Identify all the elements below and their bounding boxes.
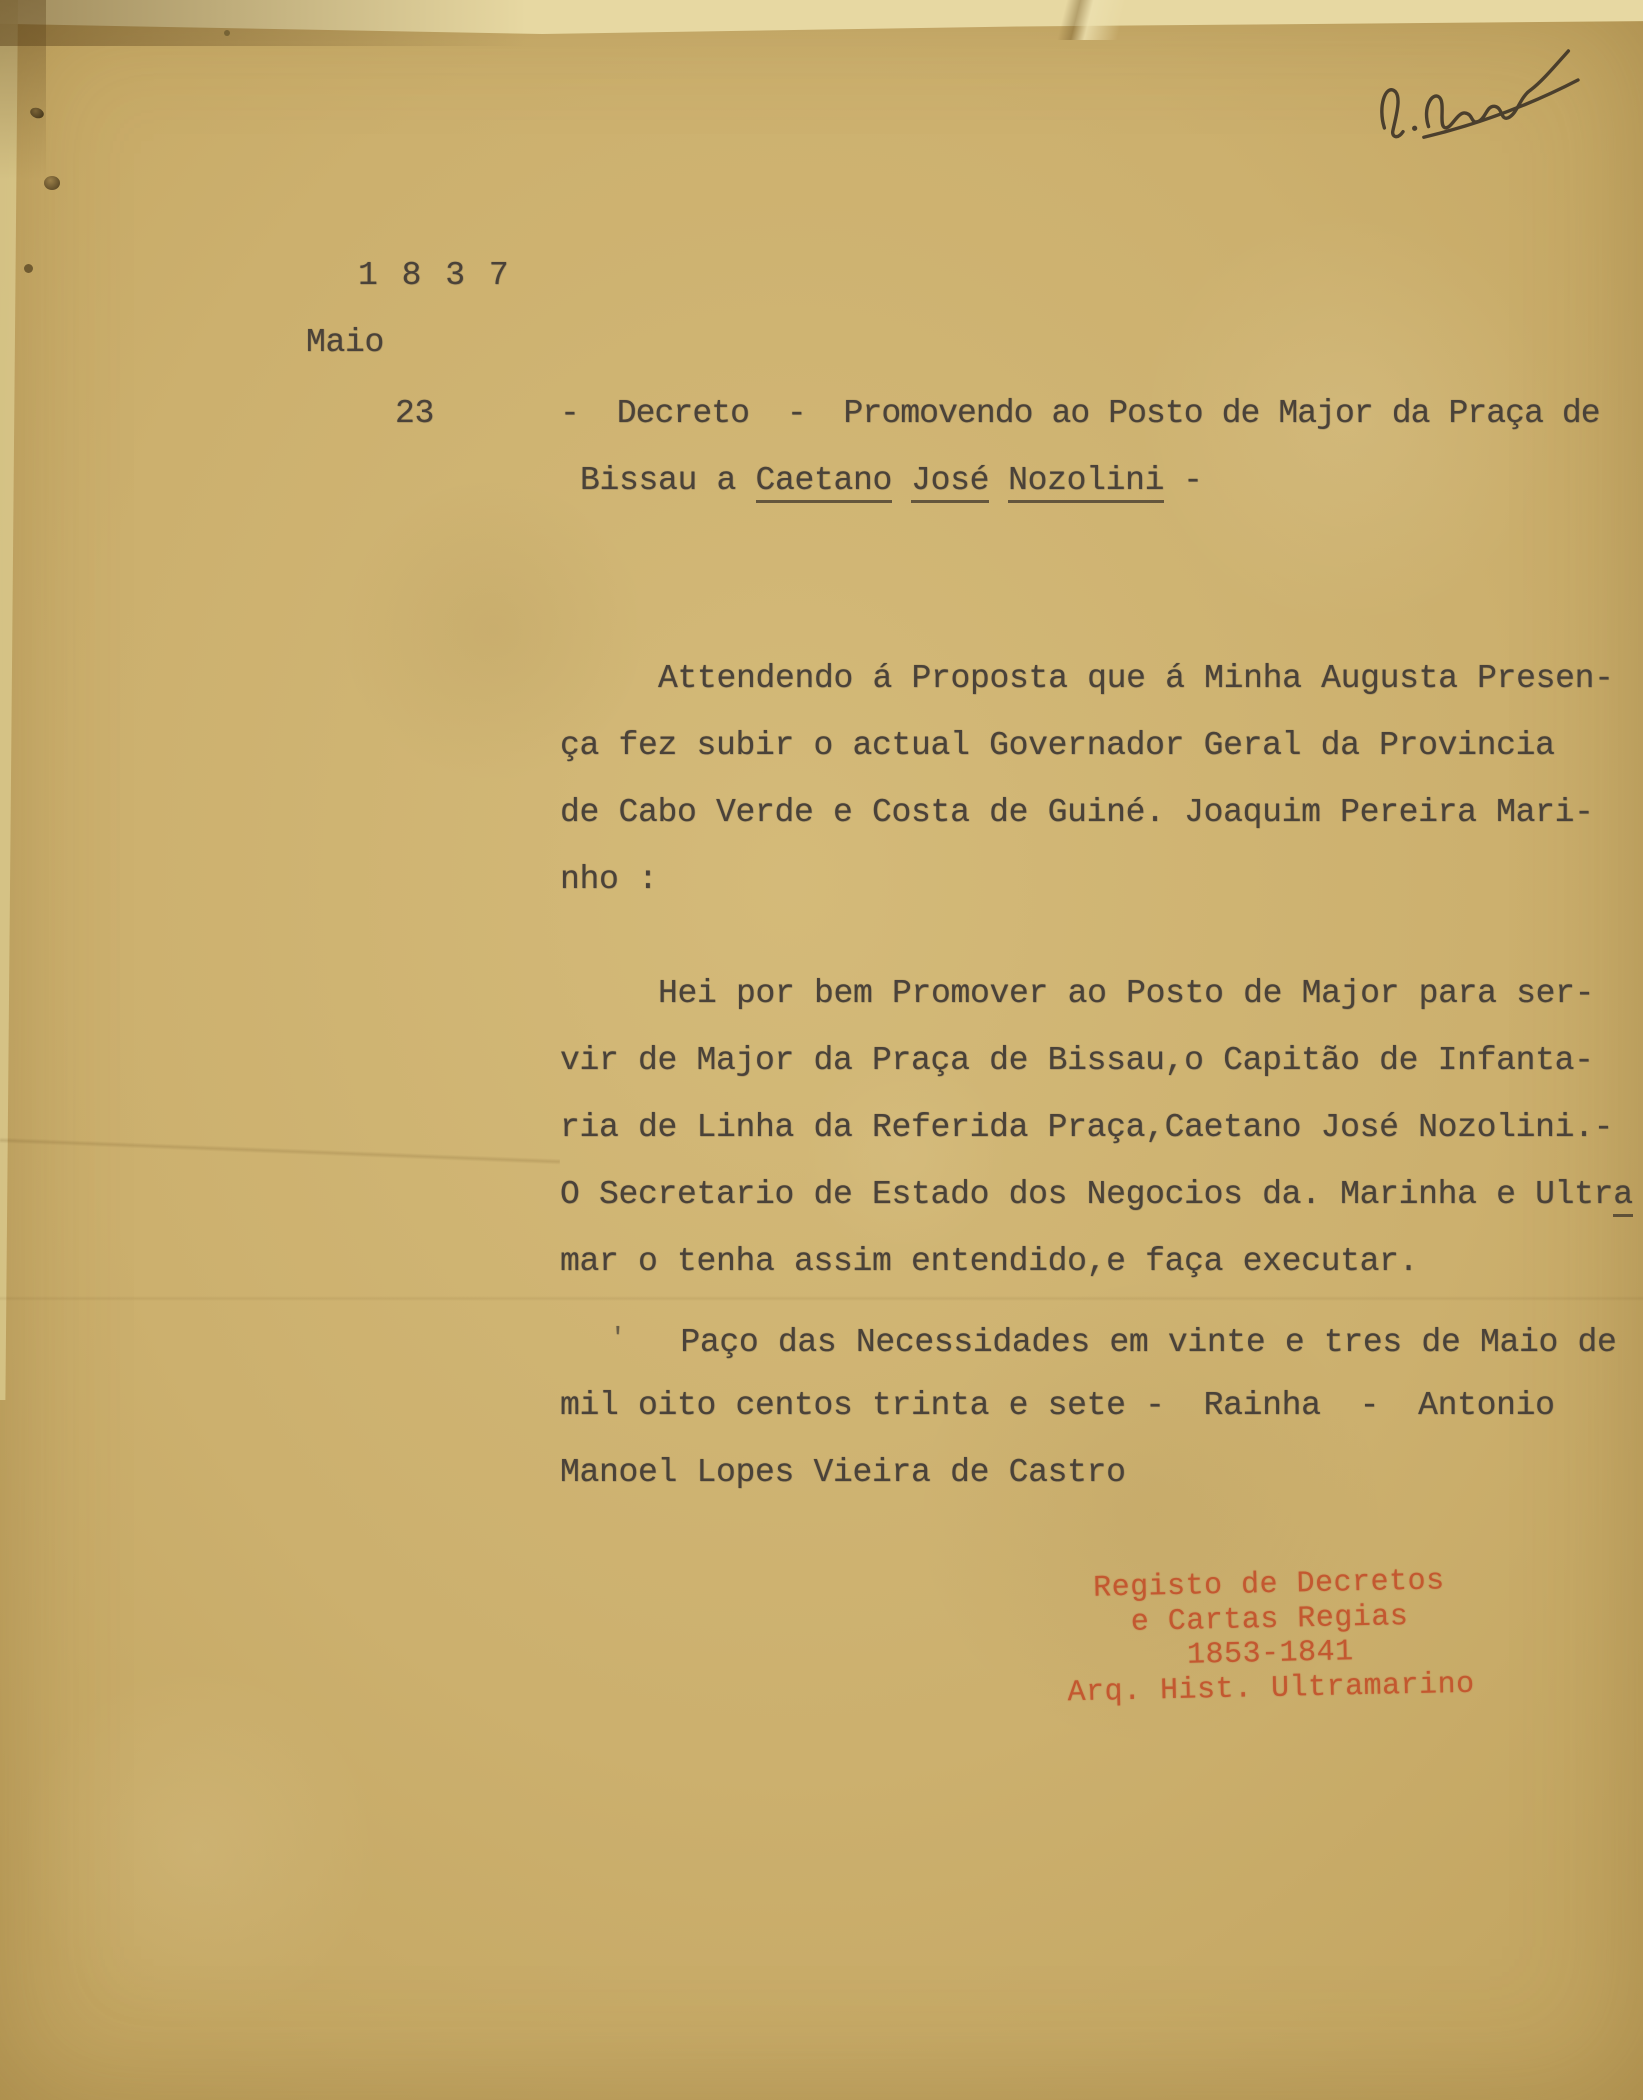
stray-apostrophe-mark: ' xyxy=(610,1323,625,1353)
archive-stamp: Registo de Decretos e Cartas Regias 1853… xyxy=(1039,1563,1502,1711)
left-shadow xyxy=(0,0,46,200)
text-line: mil oito centos trinta e sete - Rainha -… xyxy=(560,1372,1643,1439)
text-line: vir de Major da Praça de Bissau,o Capitã… xyxy=(560,1027,1643,1094)
text-line: ria de Linha da Referida Praça,Caetano J… xyxy=(560,1094,1643,1161)
top-shadow xyxy=(0,0,620,46)
text-line: O Secretario de Estado dos Negocios da. … xyxy=(560,1161,1643,1228)
entry-title-line1: - Decreto - Promovendo ao Posto de Major… xyxy=(560,380,1600,447)
underlined-letter: a xyxy=(1613,1176,1633,1217)
month-heading: Maio xyxy=(306,309,384,376)
underlined-name-caetano: Caetano xyxy=(756,462,893,503)
handwritten-signature xyxy=(1355,20,1606,152)
top-right-fold xyxy=(1010,0,1150,40)
paragraph-decree: Hei por bem Promover ao Posto de Major p… xyxy=(560,960,1643,1295)
year-heading: 1 8 3 7 xyxy=(358,242,511,309)
paragraph-closing: 'Paço das Necessidades em vinte e tres d… xyxy=(560,1305,1643,1506)
text-line: Manoel Lopes Vieira de Castro xyxy=(560,1439,1643,1506)
text-line: Hei por bem Promover ao Posto de Major p… xyxy=(560,960,1643,1027)
day-number: 23 xyxy=(395,380,434,447)
paper-speck xyxy=(224,30,230,36)
text-line-part: Paço das Necessidades em vinte e tres de… xyxy=(680,1324,1616,1361)
text-line: Attendendo á Proposta que á Minha August… xyxy=(560,645,1643,712)
text-line: mar o tenha assim entendido,e faça execu… xyxy=(560,1228,1643,1295)
paper-speck xyxy=(24,264,33,273)
paragraph-preamble: Attendendo á Proposta que á Minha August… xyxy=(560,645,1643,913)
underlined-name-nozolini: Nozolini xyxy=(1008,462,1164,503)
document-page: 1 8 3 7 Maio 23 - Decreto - Promovendo a… xyxy=(0,0,1643,2100)
title-line2-dash: - xyxy=(1183,462,1203,499)
paper-edge-left xyxy=(0,0,18,1400)
paper-speck xyxy=(44,176,60,190)
underlined-name-jose: José xyxy=(911,462,989,503)
text-line: 'Paço das Necessidades em vinte e tres d… xyxy=(560,1305,1643,1372)
entry-title-line2: Bissau a CaetanoJoséNozolini- xyxy=(580,447,1203,514)
text-line-part: O Secretario de Estado dos Negocios da. … xyxy=(560,1176,1613,1213)
paper-crease xyxy=(0,1137,560,1164)
text-line: ça fez subir o actual Governador Geral d… xyxy=(560,712,1643,779)
paper-crease xyxy=(0,1296,1643,1301)
text-line: nho : xyxy=(560,846,1643,913)
text-line: de Cabo Verde e Costa de Guiné. Joaquim … xyxy=(560,779,1643,846)
title-line2-prefix: Bissau a xyxy=(580,462,756,499)
